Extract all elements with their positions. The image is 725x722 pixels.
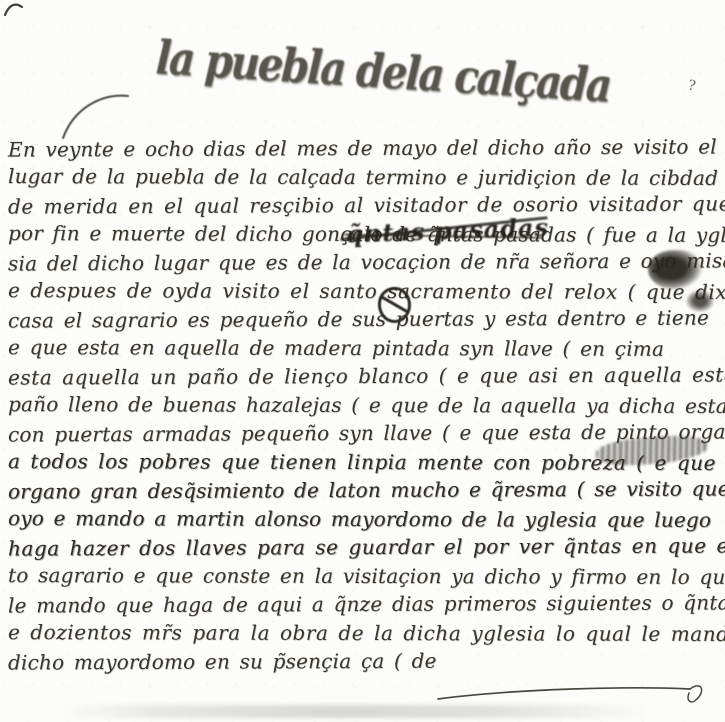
manuscript-line: organo gran desq̃simiento de laton mucho… [8, 474, 722, 506]
manuscript-line: oyo e mando a martin alonso mayordomo de… [8, 504, 722, 534]
ink-blot [686, 290, 714, 312]
manuscript-line: de merida en el qual resçibio al visitad… [8, 189, 722, 221]
manuscript-body: En veynte e ocho dias del mes de mayo de… [8, 134, 722, 676]
manuscript-line: to sagrario e que conste en la visitaçio… [8, 561, 722, 591]
manuscript-line: e dozientos mr̃s para la obra de la dich… [8, 618, 722, 648]
manuscript-line: sia del dicho lugar que es de la vocaçio… [8, 246, 722, 278]
stray-ink-mark: ? [686, 77, 697, 94]
manuscript-line: e que esta en aquella de madera pintada … [8, 333, 722, 363]
manuscript-line: esta aquella un paño de lienço blanco ( … [8, 360, 722, 392]
manuscript-line: casa el sagrario es pequeño de sus puert… [8, 303, 722, 335]
manuscript-line: dicho mayordomo en su p̃sençia ça ( de [8, 645, 722, 677]
manuscript-line: En veynte e ocho dias del mes de mayo de… [8, 132, 722, 164]
manuscript-line: lugar de la puebla de la calçada termino… [8, 162, 722, 192]
manuscript-line: e despues de oyda visito el santo sacram… [8, 276, 722, 306]
manuscript-line: paño lleno de buenas hazalejas ( e que d… [8, 390, 722, 420]
manuscript-page: la puebla dela calçada ? En veynte e och… [0, 0, 725, 722]
manuscript-title: la puebla dela calçada [155, 30, 612, 114]
scan-ghosting-band [60, 705, 682, 718]
manuscript-line: haga hazer dos llaves para se guardar el… [8, 531, 722, 563]
manuscript-line: le mando que haga de aqui a q̃nze dias p… [8, 588, 722, 620]
ink-blot [648, 250, 702, 290]
corner-ink-mark [3, 0, 25, 22]
